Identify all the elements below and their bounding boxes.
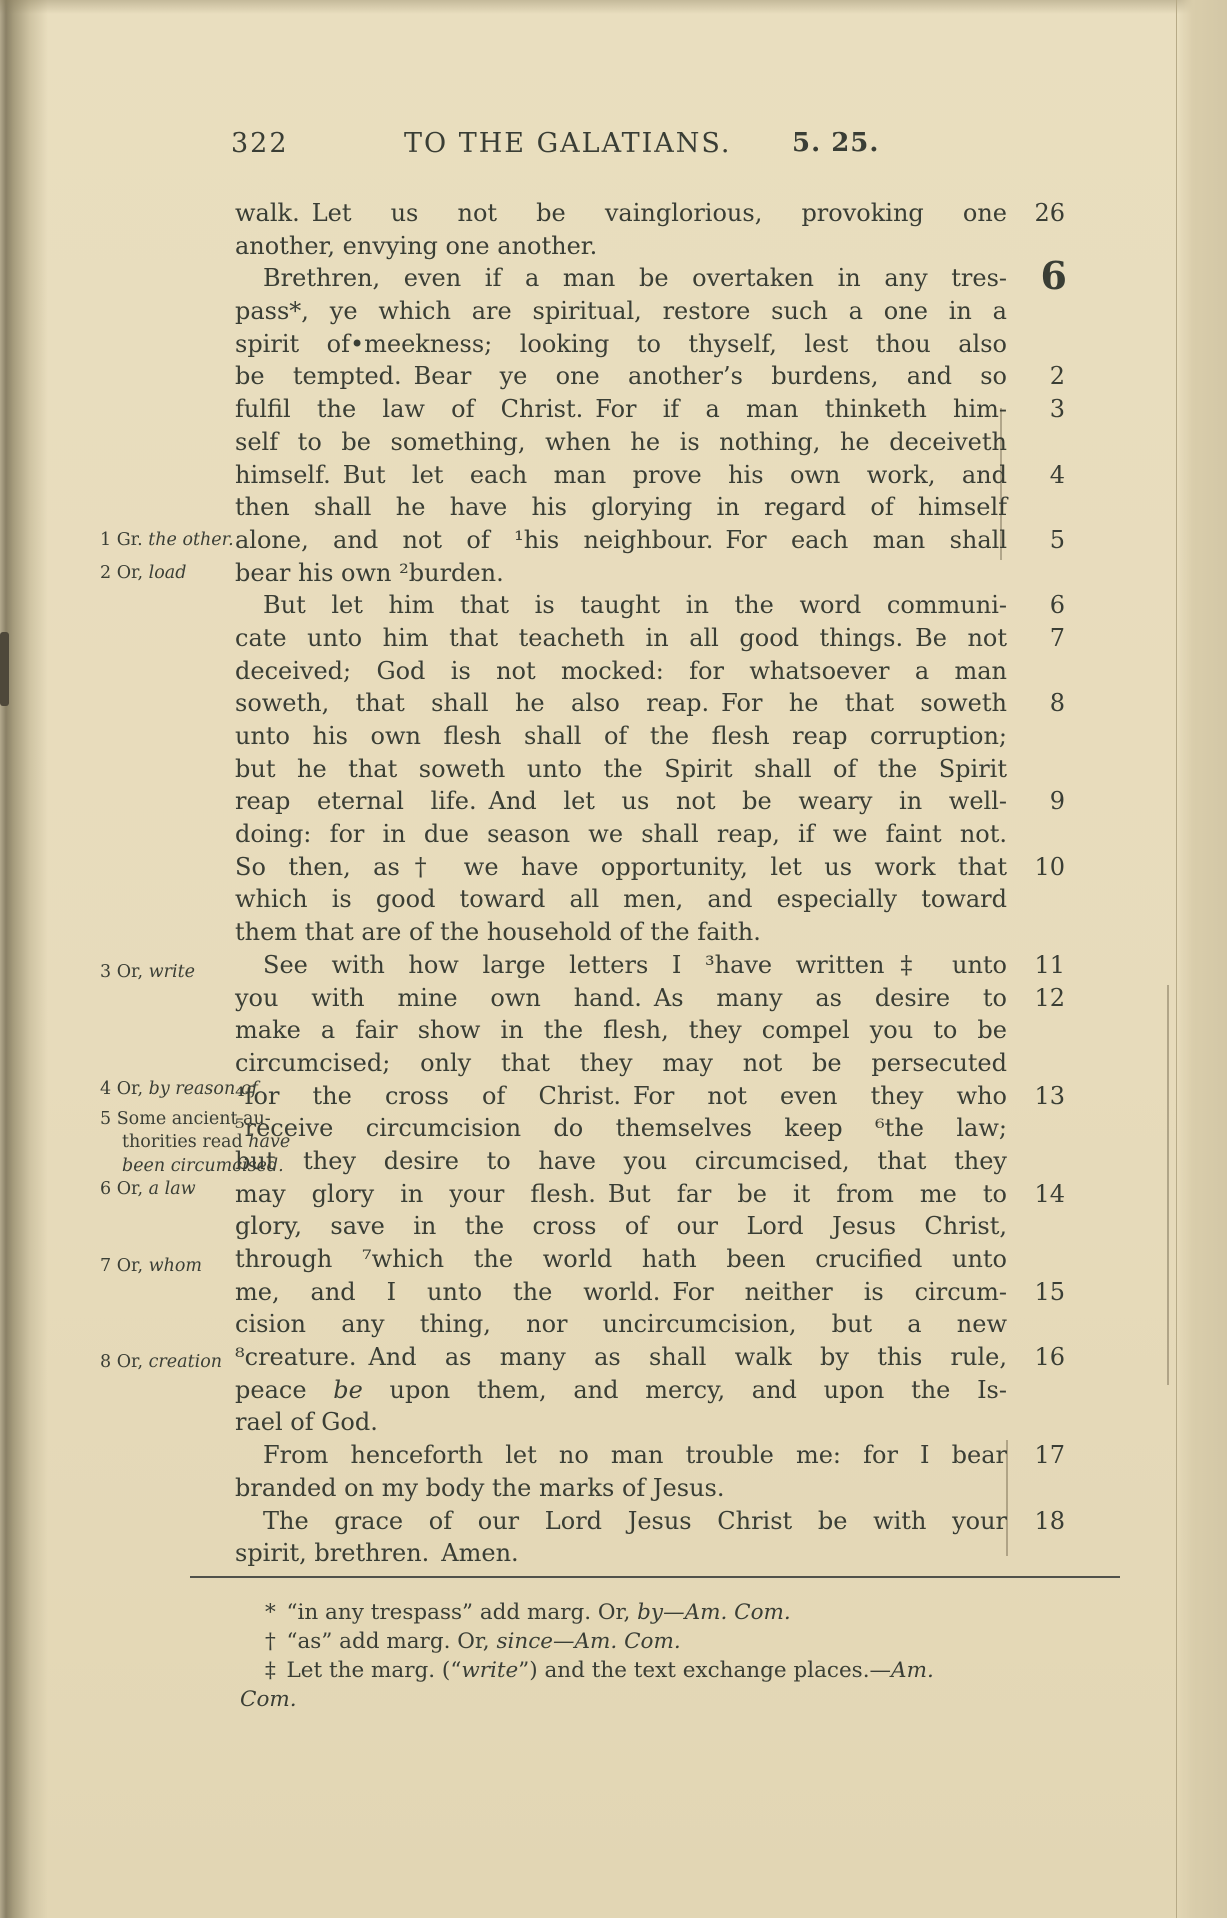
page-number: 322 bbox=[231, 128, 289, 159]
text-line-content: cision any thing, nor uncircumcision, bu… bbox=[235, 1308, 1007, 1341]
footnote-line: † “as” add marg. Or, since—Am. Com. bbox=[240, 1627, 1020, 1656]
text-line-content: doing: for in due season we shall reap, … bbox=[235, 818, 1007, 851]
text-line-content: you with mine own hand. As many as desir… bbox=[235, 982, 1007, 1015]
verse-number: 12 bbox=[1034, 982, 1065, 1015]
margin-note: 5 Some ancient au-thorities read havebee… bbox=[100, 1108, 294, 1179]
text-line: which is good toward all men, and especi… bbox=[235, 883, 1065, 916]
text-line-content: spirit of•meekness; looking to thyself, … bbox=[235, 328, 1007, 361]
text-line: alone, and not of ¹his neighbour. For ea… bbox=[235, 524, 1065, 557]
verse-number: 3 bbox=[1050, 393, 1065, 426]
text-line: may glory in your flesh. But far be it f… bbox=[235, 1178, 1065, 1211]
text-line-content: but he that soweth unto the Spirit shall… bbox=[235, 753, 1007, 786]
verse-number: 16 bbox=[1034, 1341, 1065, 1374]
verse-number: 9 bbox=[1050, 785, 1065, 818]
margin-note: 6 Or, a law bbox=[100, 1178, 294, 1202]
verse-number: 17 bbox=[1034, 1439, 1065, 1472]
verse-number: 7 bbox=[1050, 622, 1065, 655]
text-line: self to be something, when he is nothing… bbox=[235, 426, 1065, 459]
text-line-content: make a fair show in the flesh, they comp… bbox=[235, 1014, 1007, 1047]
verse-number: 8 bbox=[1050, 687, 1065, 720]
scan-artifact-line bbox=[1167, 985, 1169, 1385]
text-line: deceived; God is not mocked: for whatsoe… bbox=[235, 655, 1065, 688]
margin-note: 7 Or, whom bbox=[100, 1255, 294, 1279]
text-line: unto his own flesh shall of the flesh re… bbox=[235, 720, 1065, 753]
verse-number: 13 bbox=[1034, 1080, 1065, 1113]
verse-number: 6 bbox=[1050, 589, 1065, 622]
text-line-content: rael of God. bbox=[235, 1406, 1007, 1439]
text-line-content: pass*, ye which are spiritual, restore s… bbox=[235, 295, 1007, 328]
text-line: Brethren, even if a man be overtaken in … bbox=[235, 262, 1065, 295]
page-edge-left bbox=[0, 0, 48, 1918]
text-line-content: them that are of the household of the fa… bbox=[235, 916, 1007, 949]
text-line-content: See with how large letters I ³have writt… bbox=[235, 949, 1007, 982]
text-line: From henceforth let no man trouble me: f… bbox=[235, 1439, 1065, 1472]
text-line: me, and I unto the world. For neither is… bbox=[235, 1276, 1065, 1309]
text-line: himself. But let each man prove his own … bbox=[235, 459, 1065, 492]
text-line-content: another, envying one another. bbox=[235, 230, 1007, 263]
footnote-line: Com. bbox=[240, 1685, 1020, 1714]
text-line-content: which is good toward all men, and especi… bbox=[235, 883, 1007, 916]
text-line: cate unto him that teacheth in all good … bbox=[235, 622, 1065, 655]
margin-note: 4 Or, by reason of bbox=[100, 1078, 294, 1102]
text-line: The grace of our Lord Jesus Christ be wi… bbox=[235, 1505, 1065, 1538]
text-line: bear his own ²burden. bbox=[235, 557, 1065, 590]
text-line: then shall he have his glorying in regar… bbox=[235, 491, 1065, 524]
binding-ink-mark bbox=[0, 632, 9, 706]
text-line-content: himself. But let each man prove his own … bbox=[235, 459, 1007, 492]
text-line-content: me, and I unto the world. For neither is… bbox=[235, 1276, 1007, 1309]
verse-number: 26 bbox=[1034, 197, 1065, 230]
text-line-content: peace be upon them, and mercy, and upon … bbox=[235, 1374, 1007, 1407]
text-line-content: circumcised; only that they may not be p… bbox=[235, 1047, 1007, 1080]
book-page: { "colors": { "paper": "#e7dbbb", "ink":… bbox=[0, 0, 1227, 1918]
margin-note: 1 Gr. the other. bbox=[100, 529, 294, 553]
text-line: spirit, brethren. Amen. bbox=[235, 1537, 1065, 1570]
verse-number: 18 bbox=[1034, 1505, 1065, 1538]
text-line: spirit of•meekness; looking to thyself, … bbox=[235, 328, 1065, 361]
text-line-content: alone, and not of ¹his neighbour. For ea… bbox=[235, 524, 1007, 557]
text-line: So then, as† we have opportunity, let us… bbox=[235, 851, 1065, 884]
text-line-content: soweth, that shall he also reap. For he … bbox=[235, 687, 1007, 720]
text-line: peace be upon them, and mercy, and upon … bbox=[235, 1374, 1065, 1407]
text-line-content: be tempted. Bear ye one another’s burden… bbox=[235, 360, 1007, 393]
text-line-content: So then, as† we have opportunity, let us… bbox=[235, 851, 1007, 884]
running-title: TO THE GALATIANS. bbox=[404, 128, 732, 159]
text-line-content: fulfil the law of Christ. For if a man t… bbox=[235, 393, 1007, 426]
scripture-text-block: walk. Let us not be vainglorious, provok… bbox=[235, 197, 1065, 1570]
text-line: glory, save in the cross of our Lord Jes… bbox=[235, 1210, 1065, 1243]
text-line-content: deceived; God is not mocked: for whatsoe… bbox=[235, 655, 1007, 688]
margin-note: 8 Or, creation bbox=[100, 1351, 294, 1375]
text-line: ⁴for the cross of Christ. For not even t… bbox=[235, 1080, 1065, 1113]
verse-number: 14 bbox=[1034, 1178, 1065, 1211]
text-line: soweth, that shall he also reap. For he … bbox=[235, 687, 1065, 720]
text-line-content: glory, save in the cross of our Lord Jes… bbox=[235, 1210, 1007, 1243]
footnote-line: * “in any trespass” add marg. Or, by—Am.… bbox=[240, 1598, 1020, 1627]
verse-number: 11 bbox=[1034, 949, 1065, 982]
text-line: But let him that is taught in the word c… bbox=[235, 589, 1065, 622]
text-line: make a fair show in the flesh, they comp… bbox=[235, 1014, 1065, 1047]
text-line-content: but they desire to have you circumcised,… bbox=[235, 1145, 1007, 1178]
text-line-content: bear his own ²burden. bbox=[235, 557, 1007, 590]
text-line-content: reap eternal life. And let us not be wea… bbox=[235, 785, 1007, 818]
chapter-number: 6 bbox=[1041, 256, 1067, 296]
text-line-content: cate unto him that teacheth in all good … bbox=[235, 622, 1007, 655]
text-line-content: But let him that is taught in the word c… bbox=[235, 589, 1007, 622]
text-line-content: spirit, brethren. Amen. bbox=[235, 1537, 1007, 1570]
text-line: be tempted. Bear ye one another’s burden… bbox=[235, 360, 1065, 393]
verse-number: 5 bbox=[1050, 524, 1065, 557]
footnote-line: ‡ Let the marg. (“write”) and the text e… bbox=[240, 1656, 1020, 1685]
text-line-content: then shall he have his glorying in regar… bbox=[235, 491, 1007, 524]
footnote-divider bbox=[190, 1576, 1120, 1578]
text-line: fulfil the law of Christ. For if a man t… bbox=[235, 393, 1065, 426]
text-line-content: self to be something, when he is nothing… bbox=[235, 426, 1007, 459]
margin-note: 2 Or, load bbox=[100, 562, 294, 586]
text-line-content: The grace of our Lord Jesus Christ be wi… bbox=[235, 1505, 1007, 1538]
text-line: branded on my body the marks of Jesus. bbox=[235, 1472, 1065, 1505]
text-line-content: Brethren, even if a man be overtaken in … bbox=[235, 262, 1007, 295]
text-line: pass*, ye which are spiritual, restore s… bbox=[235, 295, 1065, 328]
verse-number: 4 bbox=[1050, 459, 1065, 492]
text-line-content: branded on my body the marks of Jesus. bbox=[235, 1472, 1007, 1505]
text-line: them that are of the household of the fa… bbox=[235, 916, 1065, 949]
text-line-content: unto his own flesh shall of the flesh re… bbox=[235, 720, 1007, 753]
margin-note: 3 Or, write bbox=[100, 961, 294, 985]
text-line: you with mine own hand. As many as desir… bbox=[235, 982, 1065, 1015]
text-line: reap eternal life. And let us not be wea… bbox=[235, 785, 1065, 818]
text-line-content: ⁴for the cross of Christ. For not even t… bbox=[235, 1080, 1007, 1113]
text-line: through ⁷which the world hath been cruci… bbox=[235, 1243, 1065, 1276]
verse-number: 2 bbox=[1050, 360, 1065, 393]
verse-number: 10 bbox=[1034, 851, 1065, 884]
text-line-content: ⁸creature. And as many as shall walk by … bbox=[235, 1341, 1007, 1374]
text-line: rael of God. bbox=[235, 1406, 1065, 1439]
page-edge-top bbox=[0, 0, 1227, 14]
text-line: doing: for in due season we shall reap, … bbox=[235, 818, 1065, 851]
text-line-content: through ⁷which the world hath been cruci… bbox=[235, 1243, 1007, 1276]
text-line: walk. Let us not be vainglorious, provok… bbox=[235, 197, 1065, 230]
verse-number: 15 bbox=[1034, 1276, 1065, 1309]
text-line: another, envying one another. bbox=[235, 230, 1065, 263]
text-line: ⁵receive circumcision do themselves keep… bbox=[235, 1112, 1065, 1145]
footnotes-block: * “in any trespass” add marg. Or, by—Am.… bbox=[240, 1598, 1020, 1714]
text-line: ⁸creature. And as many as shall walk by … bbox=[235, 1341, 1065, 1374]
text-line-content: may glory in your flesh. But far be it f… bbox=[235, 1178, 1007, 1211]
chapter-verse-ref: 5. 25. bbox=[792, 128, 879, 158]
text-line: cision any thing, nor uncircumcision, bu… bbox=[235, 1308, 1065, 1341]
text-line-content: From henceforth let no man trouble me: f… bbox=[235, 1439, 1007, 1472]
page-edge-right bbox=[1176, 0, 1227, 1918]
text-line: See with how large letters I ³have writt… bbox=[235, 949, 1065, 982]
text-line-content: walk. Let us not be vainglorious, provok… bbox=[235, 197, 1007, 230]
text-line-content: ⁵receive circumcision do themselves keep… bbox=[235, 1112, 1007, 1145]
text-line: but he that soweth unto the Spirit shall… bbox=[235, 753, 1065, 786]
text-line: but they desire to have you circumcised,… bbox=[235, 1145, 1065, 1178]
text-line: circumcised; only that they may not be p… bbox=[235, 1047, 1065, 1080]
